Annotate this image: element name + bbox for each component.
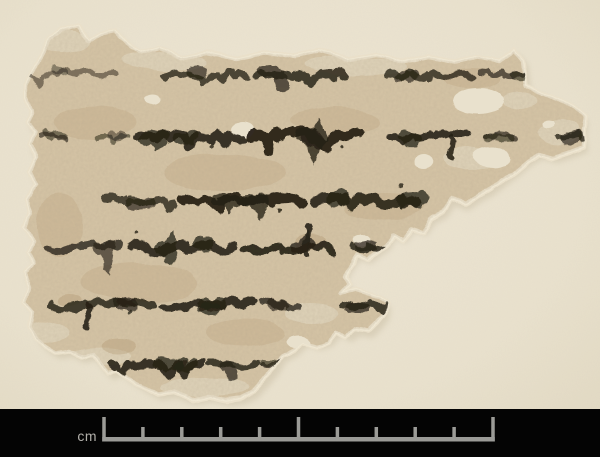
paper-loss-hole	[475, 147, 509, 169]
manuscript-photo: cm	[0, 0, 600, 457]
script-blot	[180, 364, 194, 369]
script-blot	[405, 132, 416, 145]
script-blot	[566, 135, 575, 140]
script-blot	[44, 133, 63, 138]
scale-bar-minor-tick	[180, 427, 184, 442]
script-blot	[352, 308, 363, 309]
diacritic-dot	[341, 144, 344, 147]
scale-bar-minor-tick	[219, 427, 223, 442]
script-descender	[451, 138, 454, 160]
script-blot	[203, 307, 213, 309]
script-blot	[145, 136, 162, 142]
script-blot	[132, 202, 149, 206]
script-blot	[403, 197, 423, 202]
paper-loss-hole	[450, 88, 504, 112]
scale-bar-minor-tick	[452, 427, 456, 442]
script-stroke	[132, 245, 233, 252]
diacritic-dot	[398, 183, 402, 187]
scale-bar-major-tick	[491, 417, 495, 442]
paper-loss-hole	[144, 94, 160, 104]
scale-bar-minor-tick	[336, 427, 340, 442]
paper-loss-hole	[413, 154, 433, 170]
script-blot	[192, 68, 202, 72]
script-blot	[113, 134, 124, 137]
scale-bar-label: cm	[77, 428, 97, 444]
diacritic-dot	[276, 208, 280, 212]
script-blot	[489, 137, 510, 139]
diacritic-dot	[135, 235, 138, 238]
script-blot	[398, 74, 414, 77]
script-blot	[333, 195, 344, 199]
script-descender	[307, 226, 310, 256]
scale-bar-major-tick	[102, 417, 106, 442]
diacritic-dot	[208, 144, 213, 149]
script-blot	[119, 305, 131, 308]
manuscript-photo-page: cm	[0, 0, 600, 457]
script-blot	[360, 245, 371, 247]
script-blot	[177, 134, 192, 140]
script-blot	[197, 244, 208, 246]
script-blot	[270, 304, 283, 306]
script-blot	[217, 199, 236, 204]
script-descender	[87, 306, 90, 330]
scale-bar-minor-tick	[141, 427, 145, 442]
scale-bar-minor-tick	[258, 427, 262, 442]
script-blot	[57, 69, 68, 73]
scale-bar-minor-tick	[375, 427, 379, 442]
photo-footer: cm	[0, 409, 600, 457]
diacritic-dot	[126, 313, 130, 317]
scale-bar-minor-tick	[413, 427, 417, 442]
paper-loss-hole	[541, 119, 553, 127]
scale-bar-major-tick	[297, 417, 301, 442]
